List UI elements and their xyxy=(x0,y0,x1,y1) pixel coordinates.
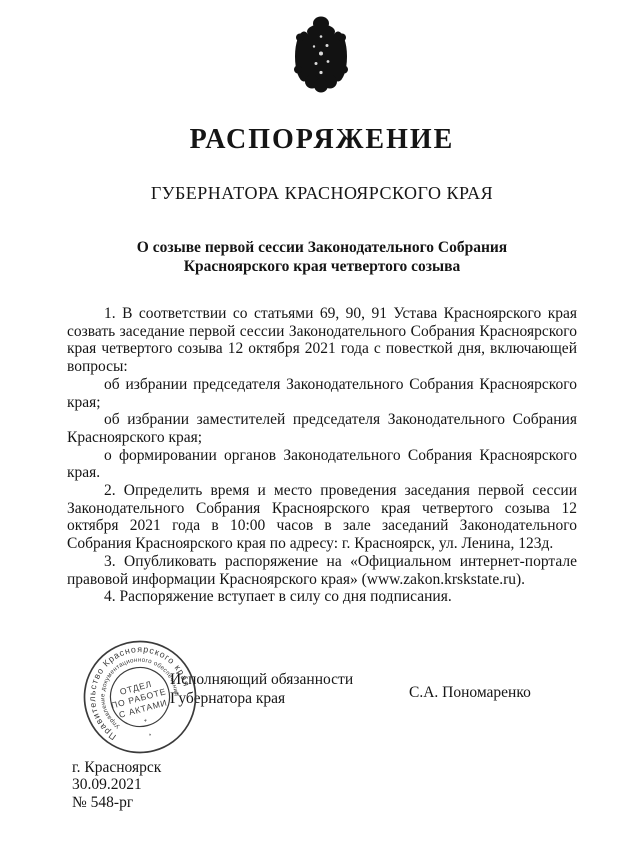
body-paragraph: 2. Определить время и место проведения з… xyxy=(67,482,577,553)
footer-city: г. Красноярск xyxy=(72,759,161,776)
subject-line-1: О созыве первой сессии Законодательного … xyxy=(67,238,577,257)
body-paragraph: об избрании председателя Законодательног… xyxy=(67,376,577,411)
document-subject: О созыве первой сессии Законодательного … xyxy=(67,238,577,276)
coat-of-arms-icon xyxy=(292,15,350,94)
footer-number: № 548-рг xyxy=(72,794,161,811)
body-paragraph: 3. Опубликовать распоряжение на «Официал… xyxy=(67,553,577,588)
body-paragraph: о формировании органов Законодательного … xyxy=(67,447,577,482)
footer-date: 30.09.2021 xyxy=(72,776,161,793)
registration-stamp-icon: Правительство Красноярского края Управле… xyxy=(81,638,199,756)
svg-text:+ *: + * xyxy=(143,718,154,741)
document-page: РАСПОРЯЖЕНИЕ ГУБЕРНАТОРА КРАСНОЯРСКОГО К… xyxy=(0,0,621,843)
document-subtitle: ГУБЕРНАТОРА КРАСНОЯРСКОГО КРАЯ xyxy=(67,183,577,204)
body-paragraph: 4. Распоряжение вступает в силу со дня п… xyxy=(67,588,577,606)
signatory-name: С.А. Пономаренко xyxy=(409,684,531,702)
stamp-star-outer: * xyxy=(149,733,153,740)
document-footer: г. Красноярск 30.09.2021 № 548-рг xyxy=(72,759,161,811)
body-paragraph: об избрании заместителей председателя За… xyxy=(67,411,577,446)
document-title: РАСПОРЯЖЕНИЕ xyxy=(67,124,577,156)
document-body: 1. В соответствии со статьями 69, 90, 91… xyxy=(67,305,577,606)
stamp-star-inner: + xyxy=(143,718,148,725)
body-paragraph: 1. В соответствии со статьями 69, 90, 91… xyxy=(67,305,577,376)
subject-line-2: Красноярского края четвертого созыва xyxy=(67,257,577,276)
